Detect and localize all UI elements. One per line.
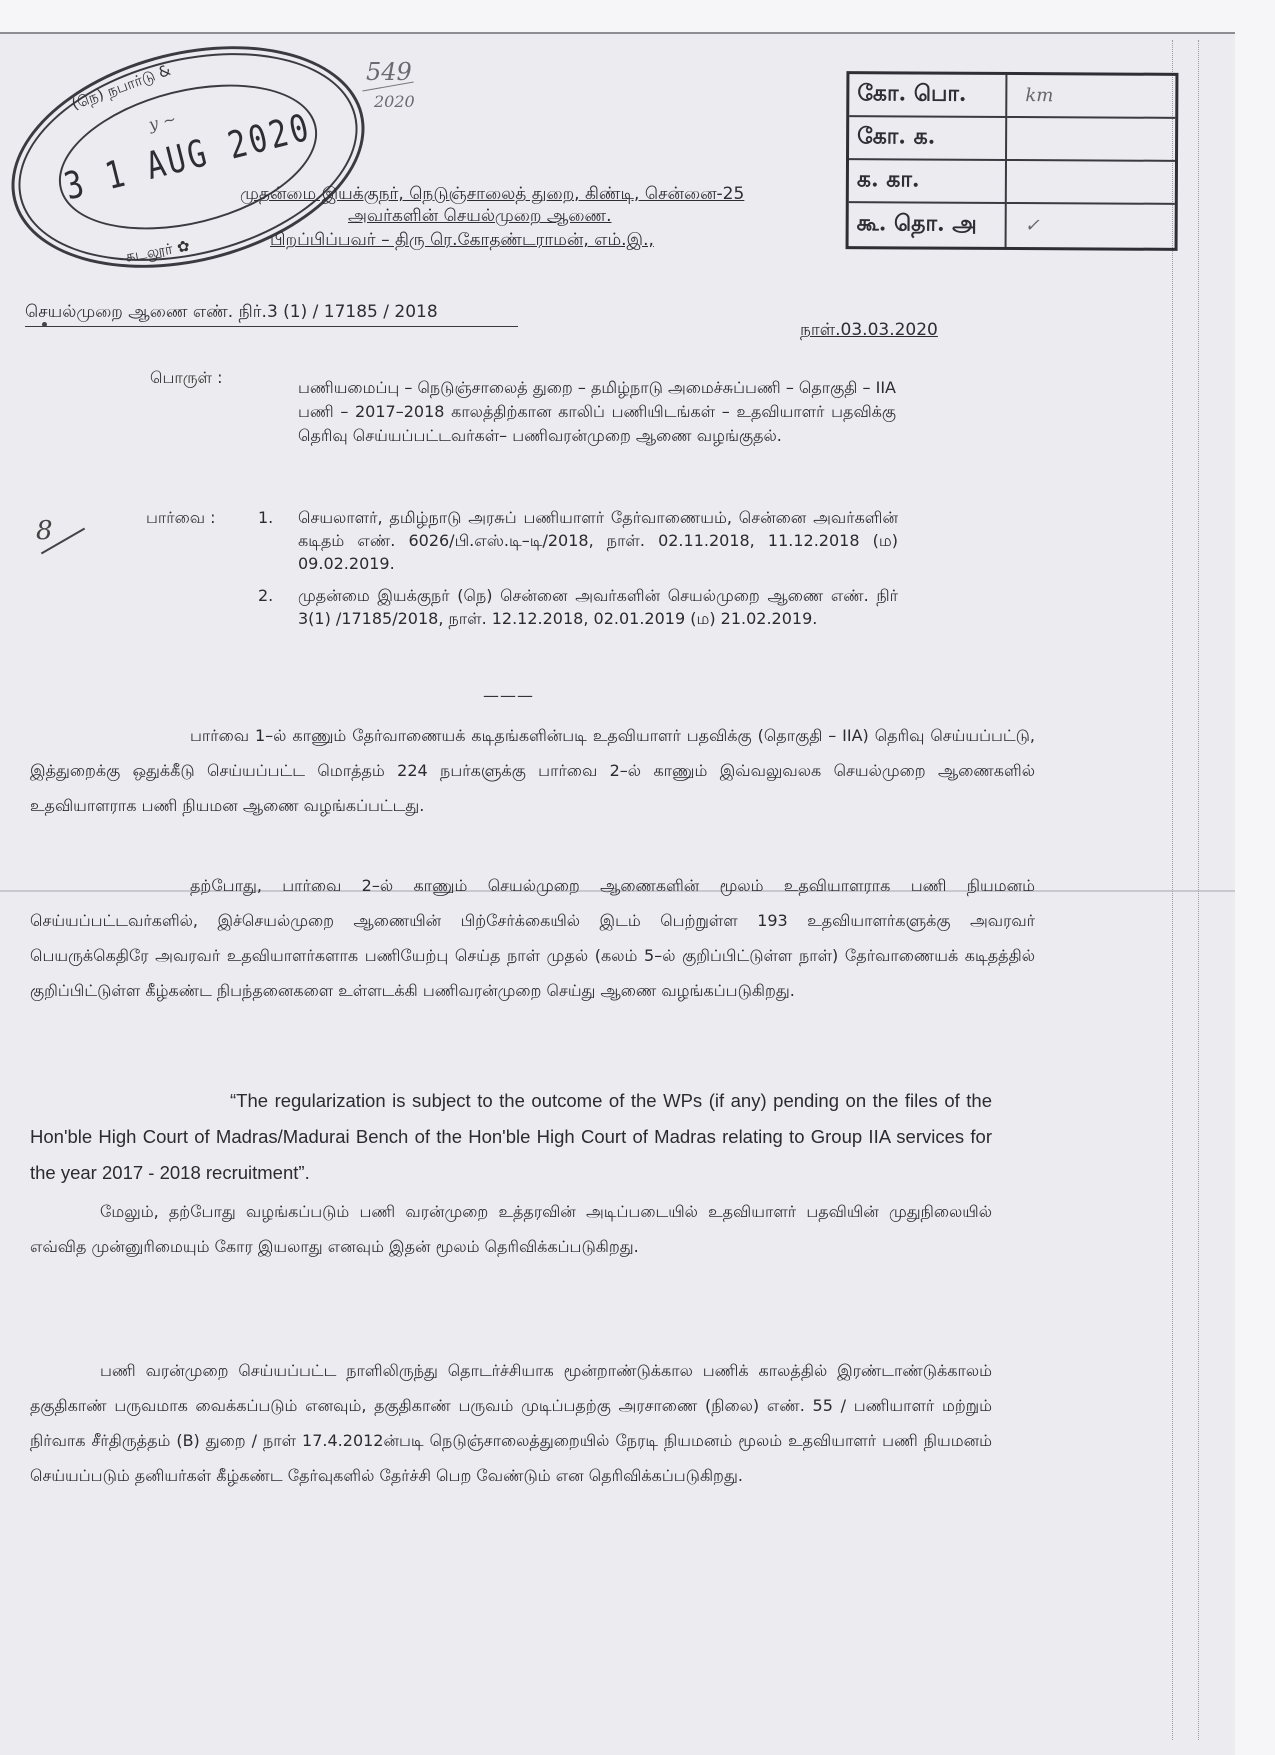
section-separator: ——— (483, 686, 534, 705)
body-paragraph-4: மேலும், தற்போது வழங்கப்படும் பணி வரன்முற… (30, 1194, 992, 1264)
order-date: நாள்.03.03.2020 (800, 320, 938, 342)
body-paragraph-1: பார்வை 1–ல் காணும் தேர்வாணையக் கடிதங்களி… (30, 718, 1035, 823)
routing-label: கூ. தொ. அ (849, 203, 1007, 247)
routing-box: கோ. பொ. km கோ. க. க. கா. கூ. தொ. அ ✓ (846, 71, 1179, 251)
paragraph-text: பணி வரன்முறை செய்யப்பட்ட நாளிலிருந்து தொ… (30, 1361, 992, 1485)
routing-value (1007, 118, 1175, 162)
routing-value: km (1007, 75, 1175, 119)
routing-label: கோ. க. (849, 117, 1007, 161)
reference-item: 2. முதன்மை இயக்குநர் (நெ) சென்னை அவர்களி… (258, 584, 898, 630)
reference-text: செயலாளர், தமிழ்நாடு அரசுப் பணியாளர் தேர்… (298, 506, 898, 575)
routing-label: கோ. பொ. (849, 74, 1007, 118)
routing-value (1007, 161, 1175, 205)
handwritten-inward-year: 2020 (374, 92, 415, 111)
routing-label: க. கா. (849, 160, 1007, 204)
handwritten-margin-mark: 8 (36, 516, 53, 546)
reference-number: 1. (258, 506, 298, 575)
edge-dotted-line (1172, 40, 1173, 1740)
paragraph-text: “The regularization is subject to the ou… (30, 1090, 992, 1183)
subject-text: பணியமைப்பு – நெடுஞ்சாலைத் துறை – தமிழ்நா… (298, 376, 896, 448)
body-paragraph-english-quote: “The regularization is subject to the ou… (30, 1083, 992, 1191)
order-reference-number: செயல்முறை ஆணை எண். நிர்.3 (1) / 17185 / … (25, 302, 518, 327)
body-paragraph-2: தற்போது, பார்வை 2–ல் காணும் செயல்முறை ஆண… (30, 868, 1035, 1008)
issued-by: பிறப்பிப்பவர் – திரு ரெ.கோதண்டராமன், எம்… (270, 230, 654, 252)
body-paragraph-5: பணி வரன்முறை செய்யப்பட்ட நாளிலிருந்து தொ… (30, 1353, 992, 1493)
reference-number: 2. (258, 584, 298, 630)
references-label: பார்வை : (146, 508, 216, 529)
issuing-authority: முதன்மை இயக்குநர், நெடுஞ்சாலைத் துறை, கி… (240, 184, 744, 206)
subject-label: பொருள் : (150, 368, 222, 389)
edge-dotted-line (1198, 40, 1199, 1740)
paragraph-text: தற்போது, பார்வை 2–ல் காணும் செயல்முறை ஆண… (30, 876, 1035, 1000)
reference-text: முதன்மை இயக்குநர் (நெ) சென்னை அவர்களின் … (298, 584, 898, 630)
handwritten-inward-number: 549 (366, 58, 412, 86)
reference-item: 1. செயலாளர், தமிழ்நாடு அரசுப் பணியாளர் த… (258, 506, 898, 575)
order-type: அவர்களின் செயல்முறை ஆணை. (348, 206, 612, 228)
scan-speck (42, 322, 47, 327)
paragraph-text: மேலும், தற்போது வழங்கப்படும் பணி வரன்முற… (30, 1202, 992, 1256)
routing-value: ✓ (1007, 204, 1175, 248)
paragraph-text: பார்வை 1–ல் காணும் தேர்வாணையக் கடிதங்களி… (30, 726, 1035, 815)
